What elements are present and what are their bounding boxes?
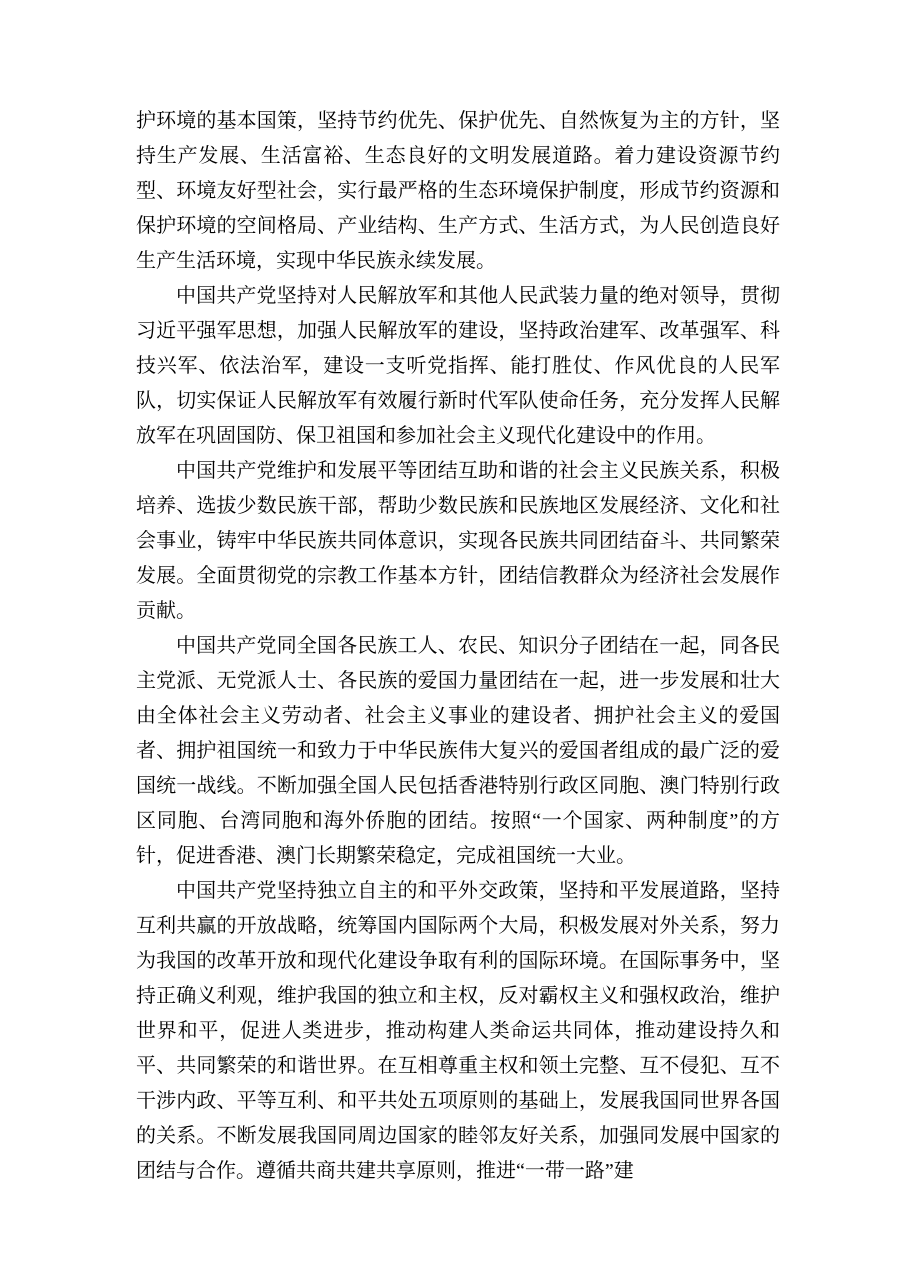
text-block: 护环境的基本国策，坚持节约优先、保护优先、自然恢复为主的方针，坚持生产发展、生活… bbox=[136, 104, 780, 1189]
body-paragraph: 中国共产党坚持对人民解放军和其他人民武装力量的绝对领导，贯彻习近平强军思想，加强… bbox=[136, 279, 780, 454]
body-paragraph: 护环境的基本国策，坚持节约优先、保护优先、自然恢复为主的方针，坚持生产发展、生活… bbox=[136, 104, 780, 279]
document-page: 护环境的基本国策，坚持节约优先、保护优先、自然恢复为主的方针，坚持生产发展、生活… bbox=[0, 0, 900, 1272]
body-paragraph: 中国共产党同全国各民族工人、农民、知识分子团结在一起，同各民主党派、无党派人士、… bbox=[136, 629, 780, 874]
body-paragraph: 中国共产党维护和发展平等团结互助和谐的社会主义民族关系，积极培养、选拔少数民族干… bbox=[136, 454, 780, 629]
body-paragraph: 中国共产党坚持独立自主的和平外交政策，坚持和平发展道路，坚持互利共赢的开放战略，… bbox=[136, 874, 780, 1189]
